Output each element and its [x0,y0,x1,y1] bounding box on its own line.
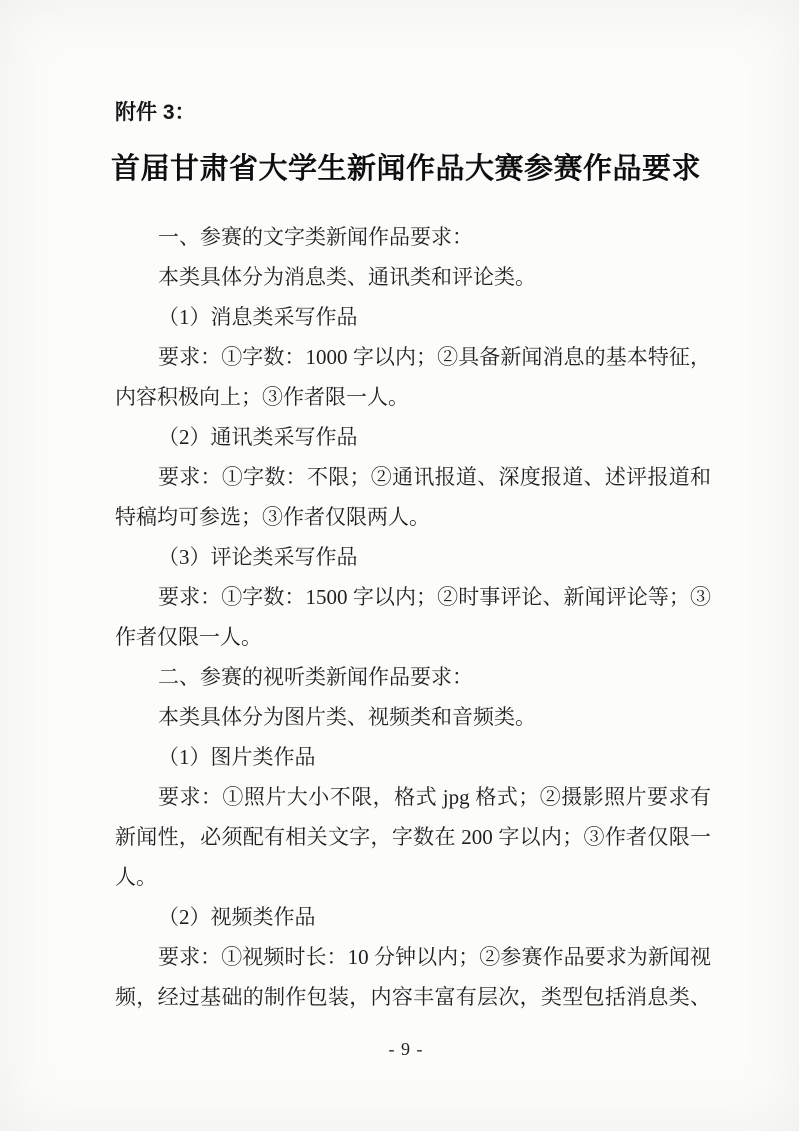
text-line: 作者仅限一人。 [115,617,711,657]
text-line: 新闻性，必须配有相关文字，字数在 200 字以内；③作者仅限一 [115,817,711,857]
document-page: 附件 3： 首届甘肃省大学生新闻作品大赛参赛作品要求 一、参赛的文字类新闻作品要… [0,0,799,1131]
text-line: 要求：①视频时长：10 分钟以内；②参赛作品要求为新闻视 [115,937,711,977]
text-line: 二、参赛的视听类新闻作品要求： [115,657,711,697]
text-line: 内容积极向上；③作者限一人。 [115,377,711,417]
text-line: 特稿均可参选；③作者仅限两人。 [115,497,711,537]
text-line: 要求：①字数：1500 字以内；②时事评论、新闻评论等；③ [115,577,711,617]
text-line: 本类具体分为消息类、通讯类和评论类。 [115,257,711,297]
text-line: （3）评论类采写作品 [115,537,711,577]
document-body: 一、参赛的文字类新闻作品要求：本类具体分为消息类、通讯类和评论类。（1）消息类采… [115,217,711,1017]
text-line: 人。 [115,857,711,897]
page-title: 首届甘肃省大学生新闻作品大赛参赛作品要求 [100,147,712,191]
text-line: 频，经过基础的制作包装，内容丰富有层次，类型包括消息类、 [115,977,711,1017]
text-line: 一、参赛的文字类新闻作品要求： [115,217,711,257]
text-line: 本类具体分为图片类、视频类和音频类。 [115,697,711,737]
attachment-label: 附件 3： [115,98,196,128]
text-line: （1）图片类作品 [115,737,711,777]
text-line: （2）视频类作品 [115,897,711,937]
text-line: 要求：①字数：不限；②通讯报道、深度报道、述评报道和 [115,457,711,497]
text-line: （2）通讯类采写作品 [115,417,711,457]
text-line: （1）消息类采写作品 [115,297,711,337]
text-line: 要求：①字数：1000 字以内；②具备新闻消息的基本特征， [115,337,711,377]
page-number: - 9 - [100,1036,712,1062]
text-line: 要求：①照片大小不限，格式 jpg 格式；②摄影照片要求有 [115,777,711,817]
